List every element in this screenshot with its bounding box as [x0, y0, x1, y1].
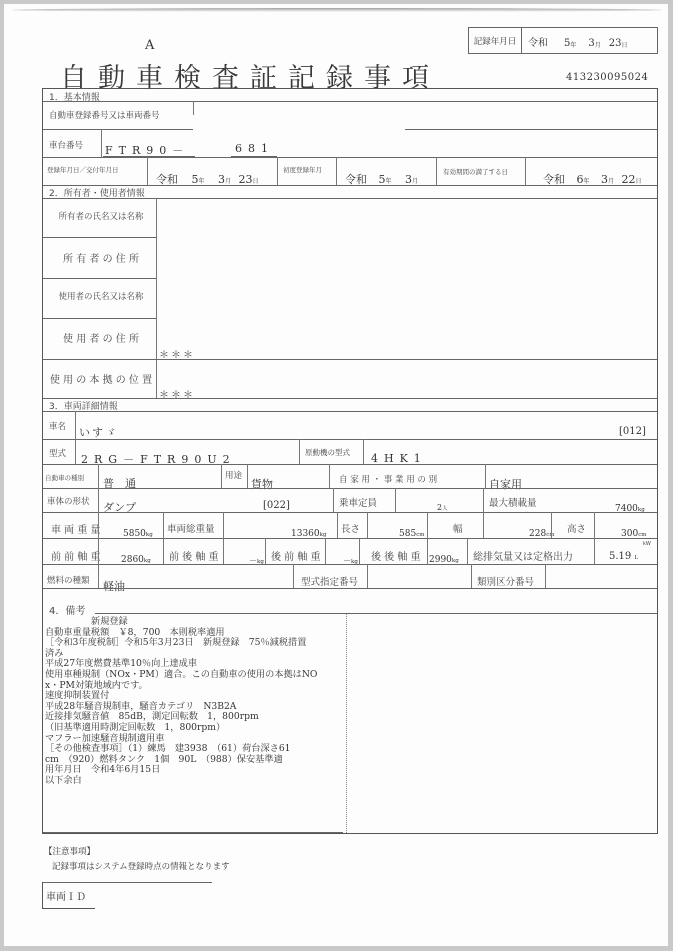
displacement-value: 5.19 L — [609, 551, 638, 562]
user-address-label: 使 用 者 の 住 所 — [47, 330, 155, 345]
fr-axle-label: 前 後 軸 重 — [169, 548, 219, 563]
type-designation-label: 型式指定番号 — [301, 574, 358, 588]
remarks-line: 新規登録 — [45, 617, 317, 628]
remarks-line: ［令和3年度税制］令和5年3月23日 新規登録 75％減税措置 — [45, 638, 317, 649]
chassis-number-label: 車台番号 — [49, 139, 83, 151]
length-label: 長さ — [341, 521, 360, 535]
registration-number-label: 自動車登録番号又は車両番号 — [49, 109, 160, 121]
expiry-label: 有効期間の満了する日 — [443, 167, 508, 176]
fuel-label: 燃料の種類 — [47, 574, 90, 586]
category-label: 類別区分番号 — [477, 574, 534, 588]
remarks-text: 新規登録自動車重量税額 ￥8，700 本則税率適用［令和3年度税制］令和5年3月… — [45, 617, 317, 787]
rr-axle-label: 後 後 軸 重 — [371, 548, 421, 563]
height-label: 高さ — [567, 521, 586, 535]
usage-value: 貨物 — [251, 476, 273, 492]
chassis-suffix: 681 — [235, 142, 274, 155]
private-business-label: 自 家 用 ・ 事 業 用 の 別 — [339, 473, 437, 485]
remarks-line: 用年月日 令和4年6月15日 — [45, 765, 317, 776]
remarks-line: 以下余白 — [45, 776, 317, 787]
max-load-label: 最大積載量 — [489, 495, 537, 509]
car-name-value: いすゞ — [79, 424, 118, 440]
vehicle-type-label: 自動車の種別 — [45, 473, 84, 482]
capacity-label: 乗車定員 — [339, 495, 377, 509]
ff-axle-label: 前 前 軸 重 — [51, 548, 101, 563]
notes-heading: 【注意事項】 — [44, 845, 95, 857]
engine-model-label: 原動機の型式 — [305, 447, 350, 458]
car-name-code: [012] — [619, 426, 646, 437]
usage-label: 用途 — [225, 469, 242, 481]
rf-axle-label: 後 前 軸 重 — [271, 548, 321, 563]
fuel-value: 軽油 — [103, 578, 125, 594]
form-mark: A — [145, 38, 154, 53]
inspection-record-form: 1．基本情報 自動車登録番号又は車両番号 車台番号 FTR90－ 681 登録年… — [42, 88, 658, 834]
scan-shadow — [12, 8, 662, 12]
body-shape-label: 車体の形状 — [47, 495, 90, 507]
car-name-label: 車名 — [49, 420, 66, 432]
user-name-label: 使用者の氏名又は名称 — [47, 290, 155, 302]
document-number: 413230095024 — [566, 72, 648, 83]
body-shape-code: [022] — [263, 500, 290, 511]
remarks-line: （旧基準適用時測定回転数 1，800rpm） — [45, 723, 317, 734]
vehicle-weight-label: 車 両 重 量 — [51, 521, 101, 536]
first-reg-label: 初度登録年月 — [283, 165, 322, 174]
width-label: 幅 — [453, 521, 463, 535]
remarks-line: 使用車種規制（NOx・PM）適合。この自動車の使用の本拠はNO — [45, 670, 317, 681]
section4-heading: 4．備考 — [49, 602, 85, 617]
reg-date-label: 登録年月日／交付年月日 — [47, 165, 119, 174]
owner-name-label: 所有者の氏名又は名称 — [47, 210, 155, 222]
base-location-label: 使 用 の 本 拠 の 位 置 — [47, 371, 155, 386]
displacement-kw-unit: kW — [643, 541, 651, 547]
model-label: 型式 — [49, 447, 66, 459]
vehicle-id-label: 車両ＩＤ — [46, 888, 86, 903]
record-date-value: 令和 5年 3月 23日 — [522, 28, 657, 53]
notes-text: 記録事項はシステム登録時点の情報となります — [52, 860, 230, 872]
owner-address-label: 所 有 者 の 住 所 — [47, 250, 155, 265]
record-date-box: 記録年月日 令和 5年 3月 23日 — [468, 27, 658, 54]
record-date-label: 記録年月日 — [469, 28, 522, 53]
private-business-value: 自家用 — [489, 476, 522, 492]
capacity-value: 2人 — [437, 503, 448, 512]
displacement-label: 総排気量又は定格出力 — [473, 548, 573, 563]
gross-weight-label: 車両総重量 — [167, 521, 215, 535]
